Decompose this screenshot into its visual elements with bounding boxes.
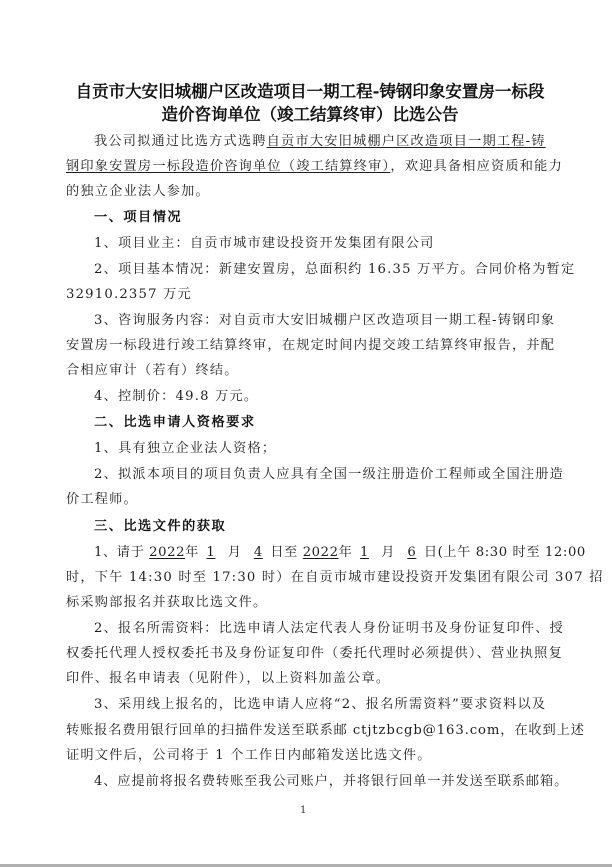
start-month: 1 <box>199 545 223 560</box>
acquisition-period-line-3: 标采购部报名并获取比选文件。 <box>66 591 544 610</box>
required-materials-line-3: 印件、报名申请表（见附件），以上资料加盖公章。 <box>66 667 544 686</box>
document-title-line-2: 造价咨询单位（竣工结算终审）比选公告 <box>60 101 560 125</box>
start-day: 4 <box>246 545 270 560</box>
online-registration-line-3: 证明文件后，公司将于 1 个工作日内邮箱发送比选文件。 <box>66 744 544 763</box>
end-day: 6 <box>400 545 424 560</box>
fee-transfer-note: 4、应提前将报名费转账至我公司账户，并将银行回单一并发送至联系邮箱。 <box>94 770 544 789</box>
project-name-underlined: 自贡市大安旧城棚户区改造项目一期工程-铸 <box>267 134 546 149</box>
project-basics-line-1: 2、项目基本情况：新建安置房，总面积约 16.35 万平方。合同价格为暂定 <box>94 258 544 277</box>
project-name-underlined-cont: 钢印象安置房一标段造价咨询单位（竣工结算终审） <box>66 159 390 174</box>
day-to-label: 日至 <box>270 545 298 560</box>
end-year: 2022 <box>303 545 339 560</box>
required-materials-line-1: 2、报名所需资料：比选申请人法定代表人身份证明书及身份证复印件、授 <box>94 617 544 636</box>
project-owner: 1、项目业主：自贡市城市建设投资开发集团有限公司 <box>94 232 544 251</box>
year-label: 年 <box>185 545 199 560</box>
qualification-2-line-1: 2、拟派本项目的项目负责人应具有全国一级注册造价工程师或全国注册造 <box>94 463 544 482</box>
intro-paragraph-line-3: 的独立企业法人参加。 <box>66 180 544 199</box>
acquisition-period-line-2: 时，下午 14:30 时至 17:30 时）在自贡市城市建设投资开发集团有限公司… <box>66 566 544 585</box>
service-content-line-2: 安置房一标段进行竣工结算终审，在规定时间内提交竣工结算终审报告，并配 <box>66 334 544 353</box>
intro-paragraph-line-2: 钢印象安置房一标段造价咨询单位（竣工结算终审），欢迎具备相应资质和能力 <box>66 155 544 174</box>
qualification-1: 1、具有独立企业法人资格； <box>94 437 544 456</box>
period-prefix: 1、请于 <box>94 545 144 560</box>
service-content-line-1: 3、咨询服务内容：对自贡市大安旧城棚户区改造项目一期工程-铸钢印象 <box>94 309 544 328</box>
service-content-line-3: 合相应审计（若有）终结。 <box>66 359 544 378</box>
intro-paragraph-line-1: 我公司拟通过比选方式选聘自贡市大安旧城棚户区改造项目一期工程-铸 <box>94 130 544 149</box>
document-title-line-1: 自贡市大安旧城棚户区改造项目一期工程-铸钢印象安置房一标段 <box>60 78 560 102</box>
period-suffix: 日(上午 8:30 时至 12:00 <box>424 545 586 560</box>
start-year: 2022 <box>149 545 185 560</box>
acquisition-period-line-1: 1、请于 2022年1 月 4日至 2022年1 月 6日(上午 8:30 时至… <box>94 541 544 560</box>
control-price: 4、控制价：49.8 万元。 <box>94 385 544 404</box>
page-number: 1 <box>300 805 306 816</box>
section-heading-qualifications: 二、比选申请人资格要求 <box>94 411 544 430</box>
intro-text: 我公司拟通过比选方式选聘 <box>94 134 267 149</box>
online-registration-line-1: 3、采用线上报名的，比选申请人应将“2、报名所需资料”要求资料以及 <box>94 693 544 712</box>
qualification-2-line-2: 价工程师。 <box>66 488 544 507</box>
online-registration-line-2: 转账报名费用银行回单的扫描件发送至联系邮 ctjtzbcgb@163.com，在… <box>66 719 544 738</box>
document-page: 自贡市大安旧城棚户区改造项目一期工程-铸钢印象安置房一标段 造价咨询单位（竣工结… <box>0 0 612 867</box>
intro-text: ，欢迎具备相应资质和能力 <box>390 159 563 174</box>
month-label: 月 <box>381 545 395 560</box>
section-heading-document-acquisition: 三、比选文件的获取 <box>94 515 544 534</box>
end-month: 1 <box>352 545 376 560</box>
project-basics-line-2: 32910.2357 万元 <box>66 283 544 302</box>
month-label: 月 <box>228 545 242 560</box>
year-label: 年 <box>339 545 353 560</box>
required-materials-line-2: 权委托代理人授权委托书及身份证复印件（委托代理时必须提供）、营业执照复 <box>66 642 544 661</box>
section-heading-project-info: 一、项目情况 <box>94 206 544 225</box>
